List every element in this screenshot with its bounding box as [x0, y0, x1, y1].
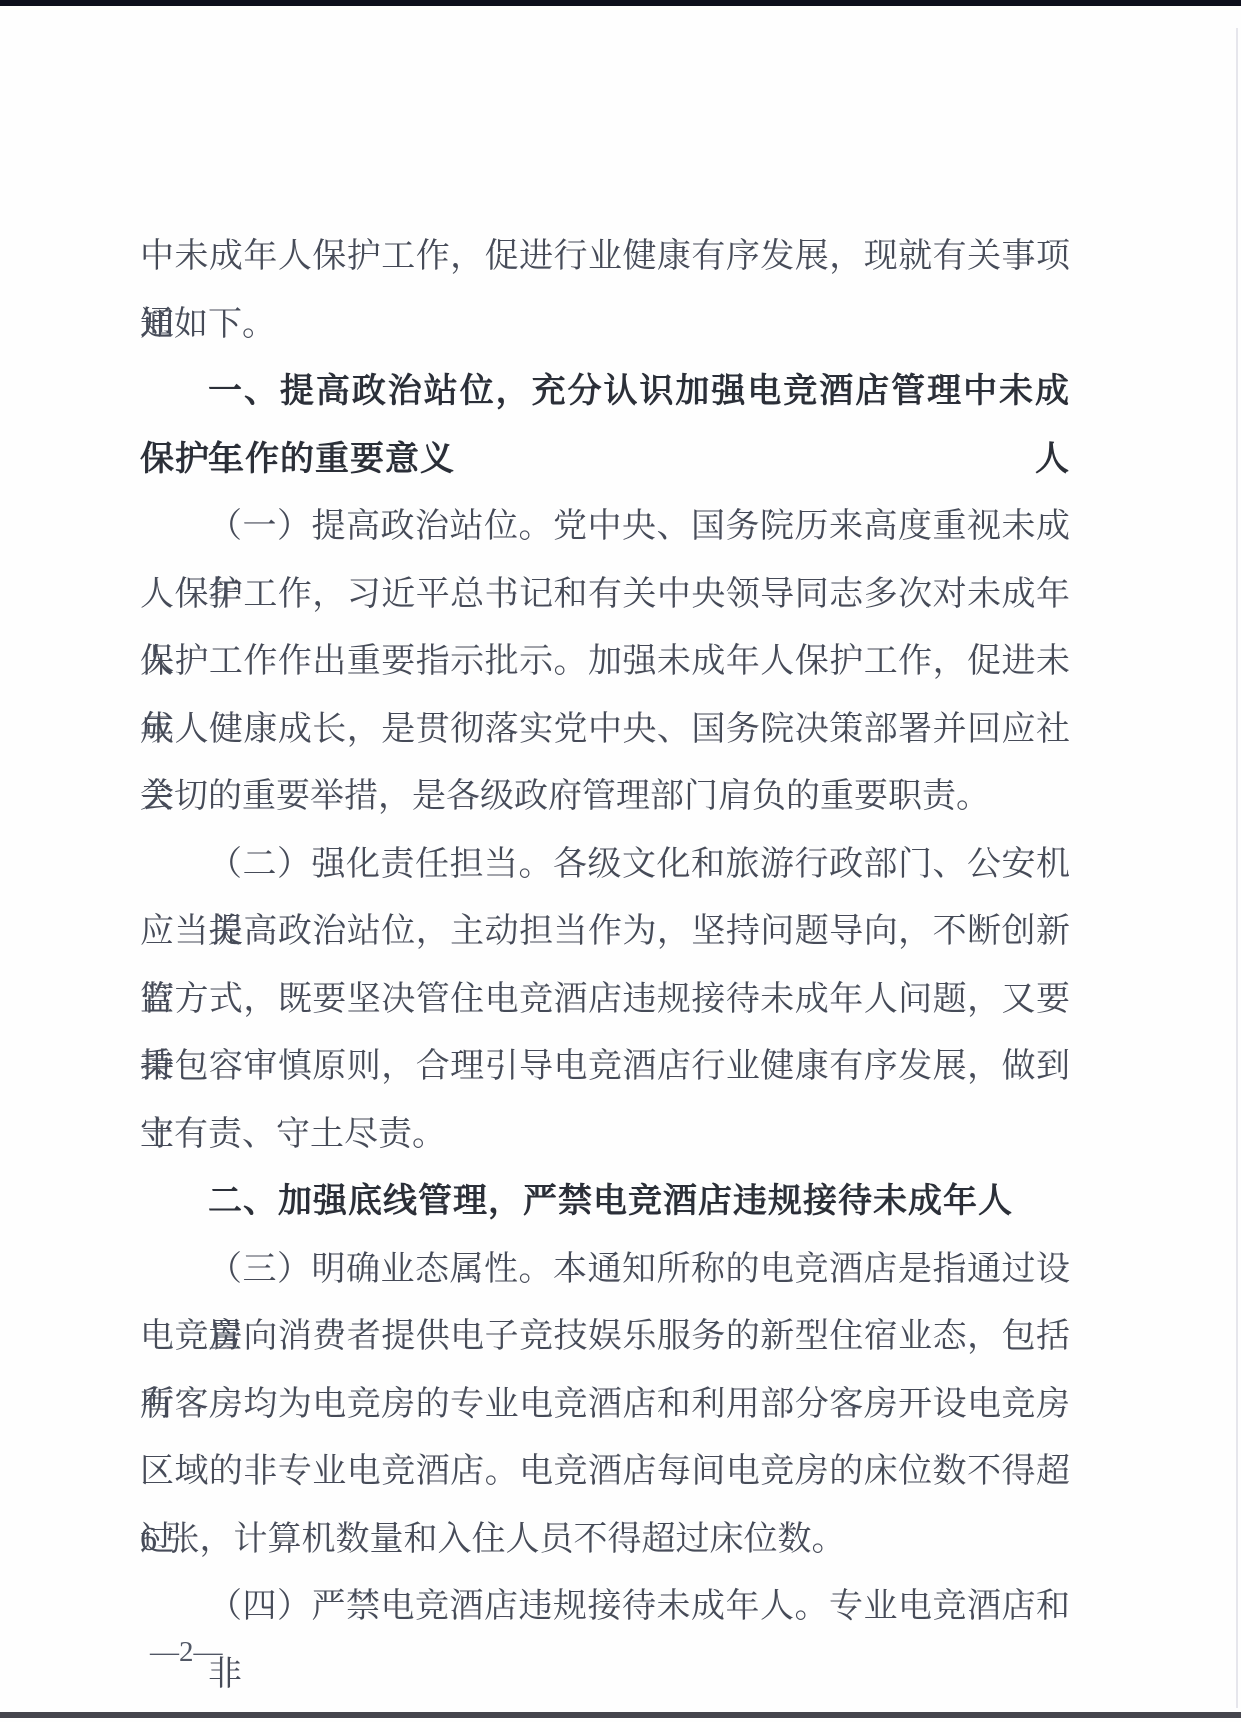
- scan-bottom-edge: [0, 1712, 1241, 1718]
- body-text-line: 6 张，计算机数量和入住人员不得超过床位数。: [140, 1506, 1070, 1574]
- body-text-line: 有客房均为电竞房的专业电竞酒店和利用部分客房开设电竞房: [140, 1371, 1070, 1439]
- body-text-line: 中未成年人保护工作，促进行业健康有序发展，现就有关事项通: [140, 223, 1070, 291]
- document-page: 中未成年人保护工作，促进行业健康有序发展，现就有关事项通知如下。一、提高政治站位…: [0, 0, 1241, 1722]
- body-text-line: 知如下。: [140, 291, 1070, 359]
- body-text-line: 应当提高政治站位，主动担当作为，坚持问题导向，不断创新监: [140, 898, 1070, 966]
- document-body: 中未成年人保护工作，促进行业健康有序发展，现就有关事项通知如下。一、提高政治站位…: [140, 223, 1070, 1641]
- body-text-line: 人保护工作，习近平总书记和有关中央领导同志多次对未成年人: [140, 561, 1070, 629]
- body-text-line: （三）明确业态属性。本通知所称的电竞酒店是指通过设置: [140, 1236, 1070, 1304]
- body-text-line: 管方式，既要坚决管住电竞酒店违规接待未成年人问题，又要秉: [140, 966, 1070, 1034]
- body-text-line: 保护工作作出重要指示批示。加强未成年人保护工作，促进未成: [140, 628, 1070, 696]
- body-text-line: （四）严禁电竞酒店违规接待未成年人。专业电竞酒店和非: [140, 1573, 1070, 1641]
- heading-line: 二、加强底线管理，严禁电竞酒店违规接待未成年人: [140, 1168, 1070, 1236]
- body-text-line: 区域的非专业电竞酒店。电竞酒店每间电竞房的床位数不得超过: [140, 1438, 1070, 1506]
- body-text-line: （二）强化责任担当。各级文化和旅游行政部门、公安机关: [140, 831, 1070, 899]
- scan-top-edge: [0, 0, 1241, 6]
- scan-right-edge: [1236, 28, 1238, 1708]
- body-text-line: 持包容审慎原则，合理引导电竞酒店行业健康有序发展，做到守: [140, 1033, 1070, 1101]
- body-text-line: 电竞房向消费者提供电子竞技娱乐服务的新型住宿业态，包括所: [140, 1303, 1070, 1371]
- body-text-line: 年人健康成长，是贯彻落实党中央、国务院决策部署并回应社会: [140, 696, 1070, 764]
- body-text-line: 土有责、守土尽责。: [140, 1101, 1070, 1169]
- page-number: —2—: [150, 1636, 223, 1669]
- body-text-line: （一）提高政治站位。党中央、国务院历来高度重视未成年: [140, 493, 1070, 561]
- body-text-line: 关切的重要举措，是各级政府管理部门肩负的重要职责。: [140, 763, 1070, 831]
- heading-line: 一、提高政治站位，充分认识加强电竞酒店管理中未成年人: [140, 358, 1070, 426]
